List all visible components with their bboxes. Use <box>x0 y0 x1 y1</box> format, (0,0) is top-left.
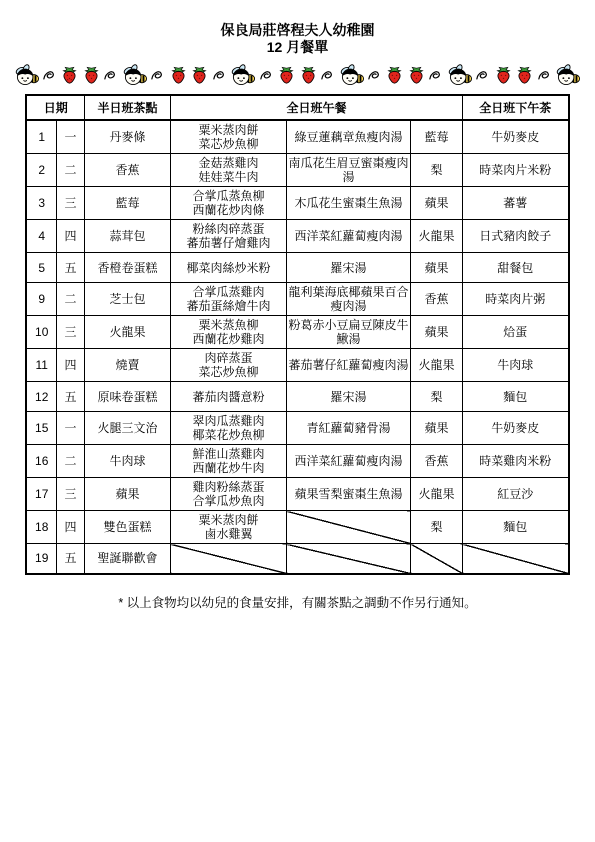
dish-cell: 翠肉瓜蒸雞肉椰菜花炒魚柳 <box>171 412 287 445</box>
table-row: 4 四 蒜茸包 粉絲肉碎蒸蛋蕃茄薯仔燴雞肉 西洋菜紅蘿蔔瘦肉湯 火龍果 日式豬肉… <box>26 220 568 253</box>
bee-icon <box>448 64 472 86</box>
date-cell: 10 <box>26 316 56 349</box>
footnote: * 以上食物均以幼兒的食量安排，有關茶點之調動不作另行通知。 <box>0 593 595 611</box>
bee-icon <box>123 64 147 86</box>
bee-icon <box>15 64 39 86</box>
dish-line: 娃娃菜牛肉 <box>172 170 285 184</box>
tea-cell: 烚蛋 <box>463 316 569 349</box>
snack-cell: 燒賣 <box>85 349 171 382</box>
dish-line: 蕃茄肉醬意粉 <box>172 390 285 404</box>
snack-cell: 蒜茸包 <box>85 220 171 253</box>
weekday-cell: 四 <box>56 220 84 253</box>
tea-cell: 甜餐包 <box>463 253 569 283</box>
table-row: 17 三 蘋果 雞肉粉絲蒸蛋合掌瓜炒魚肉 蘋果雪梨蜜棗生魚湯 火龍果 紅豆沙 <box>26 478 568 511</box>
dish-cell: 粟米蒸魚柳西蘭花炒雞肉 <box>171 316 287 349</box>
strawberry-icon <box>386 65 403 85</box>
dish-cell: 粉絲肉碎蒸蛋蕃茄薯仔燴雞肉 <box>171 220 287 253</box>
snack-cell: 牛肉球 <box>85 445 171 478</box>
tea-cell: 時菜肉片粥 <box>463 283 569 316</box>
tea-cell: 牛奶麥皮 <box>463 412 569 445</box>
tea-cell: 蕃薯 <box>463 187 569 220</box>
date-cell: 17 <box>26 478 56 511</box>
fruit-cell: 梨 <box>411 154 463 187</box>
month-title: 12 月餐單 <box>0 39 595 56</box>
fruit-cell: 香蕉 <box>411 283 463 316</box>
bee-icon <box>340 64 364 86</box>
header-snack: 半日班茶點 <box>85 95 171 120</box>
date-cell: 9 <box>26 283 56 316</box>
fruit-cell: 蘋果 <box>411 316 463 349</box>
soup-cell: 蕃茄薯仔紅蘿蔔瘦肉湯 <box>287 349 411 382</box>
tea-cell: 紅豆沙 <box>463 478 569 511</box>
soup-cell: 龍利葉海底椰蘋果百合瘦肉湯 <box>287 283 411 316</box>
weekday-cell: 二 <box>56 283 84 316</box>
soup-cell-crossed <box>287 511 411 544</box>
snack-cell: 芝士包 <box>85 283 171 316</box>
snack-cell: 火腿三文治 <box>85 412 171 445</box>
dish-line: 合掌瓜蒸魚柳 <box>172 189 285 203</box>
dish-cell: 蕃茄肉醬意粉 <box>171 382 287 412</box>
date-cell: 15 <box>26 412 56 445</box>
decorative-border <box>15 62 581 88</box>
date-cell: 16 <box>26 445 56 478</box>
dish-cell: 合掌瓜蒸雞肉蕃茄蛋絲燴牛肉 <box>171 283 287 316</box>
table-row: 15 一 火腿三文治 翠肉瓜蒸雞肉椰菜花炒魚柳 青紅蘿蔔豬骨湯 蘋果 牛奶麥皮 <box>26 412 568 445</box>
table-row: 18 四 雙色蛋糕 粟米蒸肉餅鹵水雞翼 梨 麵包 <box>26 511 568 544</box>
table-row: 12 五 原味卷蛋糕 蕃茄肉醬意粉 羅宋湯 梨 麵包 <box>26 382 568 412</box>
weekday-cell: 一 <box>56 120 84 154</box>
weekday-cell: 四 <box>56 511 84 544</box>
weekday-cell: 三 <box>56 316 84 349</box>
weekday-cell: 四 <box>56 349 84 382</box>
dish-cell: 肉碎蒸蛋菜芯炒魚柳 <box>171 349 287 382</box>
header-tea: 全日班下午茶 <box>463 95 569 120</box>
date-cell: 19 <box>26 544 56 574</box>
tea-cell: 牛肉球 <box>463 349 569 382</box>
weekday-cell: 五 <box>56 253 84 283</box>
swirl-icon <box>104 68 118 82</box>
snack-cell: 蘋果 <box>85 478 171 511</box>
dish-line: 翠肉瓜蒸雞肉 <box>172 414 285 428</box>
fruit-cell: 火龍果 <box>411 220 463 253</box>
table-row: 11 四 燒賣 肉碎蒸蛋菜芯炒魚柳 蕃茄薯仔紅蘿蔔瘦肉湯 火龍果 牛肉球 <box>26 349 568 382</box>
snack-cell: 聖誕聯歡會 <box>85 544 171 574</box>
dish-line: 雞肉粉絲蒸蛋 <box>172 480 285 494</box>
swirl-icon <box>538 68 552 82</box>
soup-cell: 羅宋湯 <box>287 382 411 412</box>
dish-cell: 金菇蒸雞肉娃娃菜牛肉 <box>171 154 287 187</box>
strawberry-icon <box>61 65 78 85</box>
tea-cell: 麵包 <box>463 382 569 412</box>
date-cell: 11 <box>26 349 56 382</box>
swirl-icon <box>321 68 335 82</box>
dish-line: 粟米蒸肉餅 <box>172 123 285 137</box>
soup-cell: 粉葛赤小豆扁豆陳皮牛鰍湯 <box>287 316 411 349</box>
dish-line: 粟米蒸肉餅 <box>172 513 285 527</box>
soup-cell: 南瓜花生眉豆蜜棗瘦肉湯 <box>287 154 411 187</box>
header-date: 日期 <box>26 95 84 120</box>
dish-line: 椰菜肉絲炒米粉 <box>172 261 285 275</box>
strawberry-icon <box>170 65 187 85</box>
dish-line: 菜芯炒魚柳 <box>172 365 285 379</box>
soup-cell: 西洋菜紅蘿蔔瘦肉湯 <box>287 445 411 478</box>
strawberry-icon <box>191 65 208 85</box>
snack-cell: 原味卷蛋糕 <box>85 382 171 412</box>
fruit-cell: 蘋果 <box>411 412 463 445</box>
dish-cell: 合掌瓜蒸魚柳西蘭花炒肉條 <box>171 187 287 220</box>
bee-icon <box>556 64 580 86</box>
dish-line: 鹵水雞翼 <box>172 527 285 541</box>
date-cell: 18 <box>26 511 56 544</box>
dish-cell-crossed <box>171 544 287 574</box>
bee-icon <box>231 64 255 86</box>
dish-line: 金菇蒸雞肉 <box>172 156 285 170</box>
fruit-cell-crossed <box>411 544 463 574</box>
strawberry-icon <box>278 65 295 85</box>
date-cell: 2 <box>26 154 56 187</box>
swirl-icon <box>429 68 443 82</box>
tea-cell: 麵包 <box>463 511 569 544</box>
tea-cell: 時菜肉片米粉 <box>463 154 569 187</box>
fruit-cell: 香蕉 <box>411 445 463 478</box>
date-cell: 4 <box>26 220 56 253</box>
date-cell: 5 <box>26 253 56 283</box>
fruit-cell: 火龍果 <box>411 478 463 511</box>
school-title: 保良局莊啓程夫人幼稚園 <box>0 22 595 39</box>
tea-cell-crossed <box>463 544 569 574</box>
tea-cell: 牛奶麥皮 <box>463 120 569 154</box>
soup-cell-crossed <box>287 544 411 574</box>
dish-line: 菜芯炒魚柳 <box>172 137 285 151</box>
table-row: 10 三 火龍果 粟米蒸魚柳西蘭花炒雞肉 粉葛赤小豆扁豆陳皮牛鰍湯 蘋果 烚蛋 <box>26 316 568 349</box>
dish-line: 西蘭花炒牛肉 <box>172 461 285 475</box>
dish-line: 西蘭花炒雞肉 <box>172 332 285 346</box>
strawberry-icon <box>408 65 425 85</box>
dish-line: 椰菜花炒魚柳 <box>172 428 285 442</box>
soup-cell: 木瓜花生蜜棗生魚湯 <box>287 187 411 220</box>
dish-cell: 粟米蒸肉餅菜芯炒魚柳 <box>171 120 287 154</box>
dish-line: 合掌瓜炒魚肉 <box>172 494 285 508</box>
dish-cell: 粟米蒸肉餅鹵水雞翼 <box>171 511 287 544</box>
swirl-icon <box>476 68 490 82</box>
dish-line: 合掌瓜蒸雞肉 <box>172 285 285 299</box>
table-row: 3 三 藍莓 合掌瓜蒸魚柳西蘭花炒肉條 木瓜花生蜜棗生魚湯 蘋果 蕃薯 <box>26 187 568 220</box>
soup-cell: 青紅蘿蔔豬骨湯 <box>287 412 411 445</box>
dish-line: 鮮淮山蒸雞肉 <box>172 447 285 461</box>
weekday-cell: 五 <box>56 544 84 574</box>
fruit-cell: 蘋果 <box>411 253 463 283</box>
strawberry-icon <box>495 65 512 85</box>
table-row: 1 一 丹麥條 粟米蒸肉餅菜芯炒魚柳 綠豆蓮藕章魚瘦肉湯 藍莓 牛奶麥皮 <box>26 120 568 154</box>
weekday-cell: 三 <box>56 478 84 511</box>
dish-line: 粉絲肉碎蒸蛋 <box>172 222 285 236</box>
weekday-cell: 二 <box>56 445 84 478</box>
weekday-cell: 二 <box>56 154 84 187</box>
dish-cell: 椰菜肉絲炒米粉 <box>171 253 287 283</box>
dish-line: 肉碎蒸蛋 <box>172 351 285 365</box>
weekday-cell: 三 <box>56 187 84 220</box>
dish-line: 西蘭花炒肉條 <box>172 203 285 217</box>
swirl-icon <box>368 68 382 82</box>
table-row: 19 五 聖誕聯歡會 <box>26 544 568 574</box>
header-lunch: 全日班午餐 <box>171 95 463 120</box>
fruit-cell: 蘋果 <box>411 187 463 220</box>
snack-cell: 香蕉 <box>85 154 171 187</box>
menu-page: 保良局莊啓程夫人幼稚園 12 月餐單 <box>0 0 595 842</box>
dish-cell: 鮮淮山蒸雞肉西蘭花炒牛肉 <box>171 445 287 478</box>
header-row: 日期 半日班茶點 全日班午餐 全日班下午茶 <box>26 95 568 120</box>
dish-line: 粟米蒸魚柳 <box>172 318 285 332</box>
fruit-cell: 梨 <box>411 511 463 544</box>
date-cell: 3 <box>26 187 56 220</box>
strawberry-icon <box>516 65 533 85</box>
strawberry-icon <box>300 65 317 85</box>
snack-cell: 丹麥條 <box>85 120 171 154</box>
table-row: 16 二 牛肉球 鮮淮山蒸雞肉西蘭花炒牛肉 西洋菜紅蘿蔔瘦肉湯 香蕉 時菜雞肉米… <box>26 445 568 478</box>
swirl-icon <box>213 68 227 82</box>
soup-cell: 羅宋湯 <box>287 253 411 283</box>
swirl-icon <box>260 68 274 82</box>
snack-cell: 香橙卷蛋糕 <box>85 253 171 283</box>
swirl-icon <box>151 68 165 82</box>
weekday-cell: 一 <box>56 412 84 445</box>
menu-table: 日期 半日班茶點 全日班午餐 全日班下午茶 1 一 丹麥條 粟米蒸肉餅菜芯炒魚柳… <box>25 94 569 575</box>
soup-cell: 蘋果雪梨蜜棗生魚湯 <box>287 478 411 511</box>
date-cell: 1 <box>26 120 56 154</box>
snack-cell: 火龍果 <box>85 316 171 349</box>
date-cell: 12 <box>26 382 56 412</box>
dish-line: 蕃茄蛋絲燴牛肉 <box>172 299 285 313</box>
soup-cell: 綠豆蓮藕章魚瘦肉湯 <box>287 120 411 154</box>
snack-cell: 雙色蛋糕 <box>85 511 171 544</box>
snack-cell: 藍莓 <box>85 187 171 220</box>
fruit-cell: 火龍果 <box>411 349 463 382</box>
soup-cell: 西洋菜紅蘿蔔瘦肉湯 <box>287 220 411 253</box>
swirl-icon <box>43 68 57 82</box>
table-row: 2 二 香蕉 金菇蒸雞肉娃娃菜牛肉 南瓜花生眉豆蜜棗瘦肉湯 梨 時菜肉片米粉 <box>26 154 568 187</box>
table-row: 5 五 香橙卷蛋糕 椰菜肉絲炒米粉 羅宋湯 蘋果 甜餐包 <box>26 253 568 283</box>
tea-cell: 日式豬肉餃子 <box>463 220 569 253</box>
tea-cell: 時菜雞肉米粉 <box>463 445 569 478</box>
weekday-cell: 五 <box>56 382 84 412</box>
fruit-cell: 藍莓 <box>411 120 463 154</box>
fruit-cell: 梨 <box>411 382 463 412</box>
dish-cell: 雞肉粉絲蒸蛋合掌瓜炒魚肉 <box>171 478 287 511</box>
dish-line: 蕃茄薯仔燴雞肉 <box>172 236 285 250</box>
strawberry-icon <box>83 65 100 85</box>
table-row: 9 二 芝士包 合掌瓜蒸雞肉蕃茄蛋絲燴牛肉 龍利葉海底椰蘋果百合瘦肉湯 香蕉 時… <box>26 283 568 316</box>
